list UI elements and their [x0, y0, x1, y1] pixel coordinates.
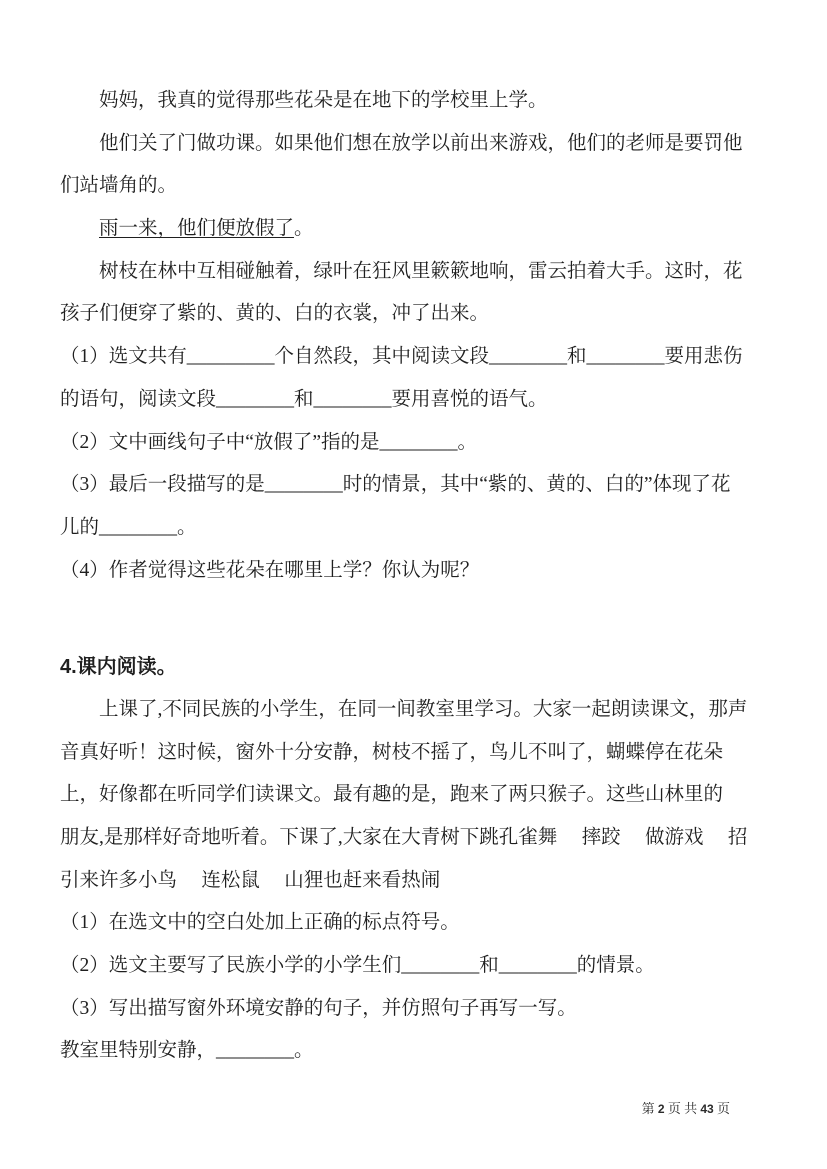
question-line: （2）文中画线句子中“放假了”指的是________。	[60, 422, 785, 465]
page-footer: 第 2 页 共 43 页	[642, 1100, 730, 1118]
question-line: 教室里特别安静，________。	[60, 1030, 785, 1073]
sentence-period: 。	[294, 218, 314, 239]
question-line: 儿的________。	[60, 507, 785, 550]
passage-line: 孩子们便穿了紫的、黄的、白的衣裳，冲了出来。	[60, 293, 785, 336]
footer-total-pages: 43	[700, 1102, 713, 1116]
question-line: 的语句，阅读文段________和________要用喜悦的语气。	[60, 379, 785, 422]
passage-line-underlined: 雨一来，他们便放假了。	[60, 208, 785, 251]
passage-line: 树枝在林中互相碰触着，绿叶在狂风里簌簌地响，雷云拍着大手。这时，花	[60, 251, 785, 294]
question-line: （3）最后一段描写的是________时的情景，其中“紫的、黄的、白的”体现了花	[60, 464, 785, 507]
passage-line: 妈妈，我真的觉得那些花朵是在地下的学校里上学。	[60, 80, 785, 123]
footer-text: 页	[714, 1101, 730, 1116]
underlined-sentence: 雨一来，他们便放假了	[99, 218, 294, 239]
passage-line: 朋友,是那样好奇地听着。下课了,大家在大青树下跳孔雀舞 摔跤 做游戏 招	[60, 817, 785, 860]
passage-line: 音真好听！这时候，窗外十分安静，树枝不摇了，鸟儿不叫了，蝴蝶停在花朵	[60, 732, 785, 775]
footer-page-number: 2	[658, 1102, 665, 1116]
section-heading: 4.课内阅读。	[60, 646, 785, 689]
footer-text: 第	[642, 1101, 658, 1116]
passage-line: 引来许多小鸟 连松鼠 山狸也赶来看热闹	[60, 860, 785, 903]
question-line: （1）在选文中的空白处加上正确的标点符号。	[60, 902, 785, 945]
question-line: （1）选文共有_________个自然段，其中阅读文段________和____…	[60, 336, 785, 379]
passage-line: 们站墙角的。	[60, 165, 785, 208]
footer-text: 共	[684, 1101, 700, 1116]
passage-line: 上，好像都在听同学们读课文。最有趣的是，跑来了两只猴子。这些山林里的	[60, 774, 785, 817]
question-line: （2）选文主要写了民族小学的小学生们________和________的情景。	[60, 945, 785, 988]
question-line: （4）作者觉得这些花朵在哪里上学？你认为呢？	[60, 550, 785, 593]
footer-text: 页	[665, 1101, 685, 1116]
document-page: 妈妈，我真的觉得那些花朵是在地下的学校里上学。 他们关了门做功课。如果他们想在放…	[60, 80, 785, 1073]
passage-line: 他们关了门做功课。如果他们想在放学以前出来游戏，他们的老师是要罚他	[60, 123, 785, 166]
question-line: （3）写出描写窗外环境安静的句子，并仿照句子再写一写。	[60, 988, 785, 1031]
passage-line: 上课了,不同民族的小学生，在同一间教室里学习。大家一起朗读课文，那声	[60, 689, 785, 732]
